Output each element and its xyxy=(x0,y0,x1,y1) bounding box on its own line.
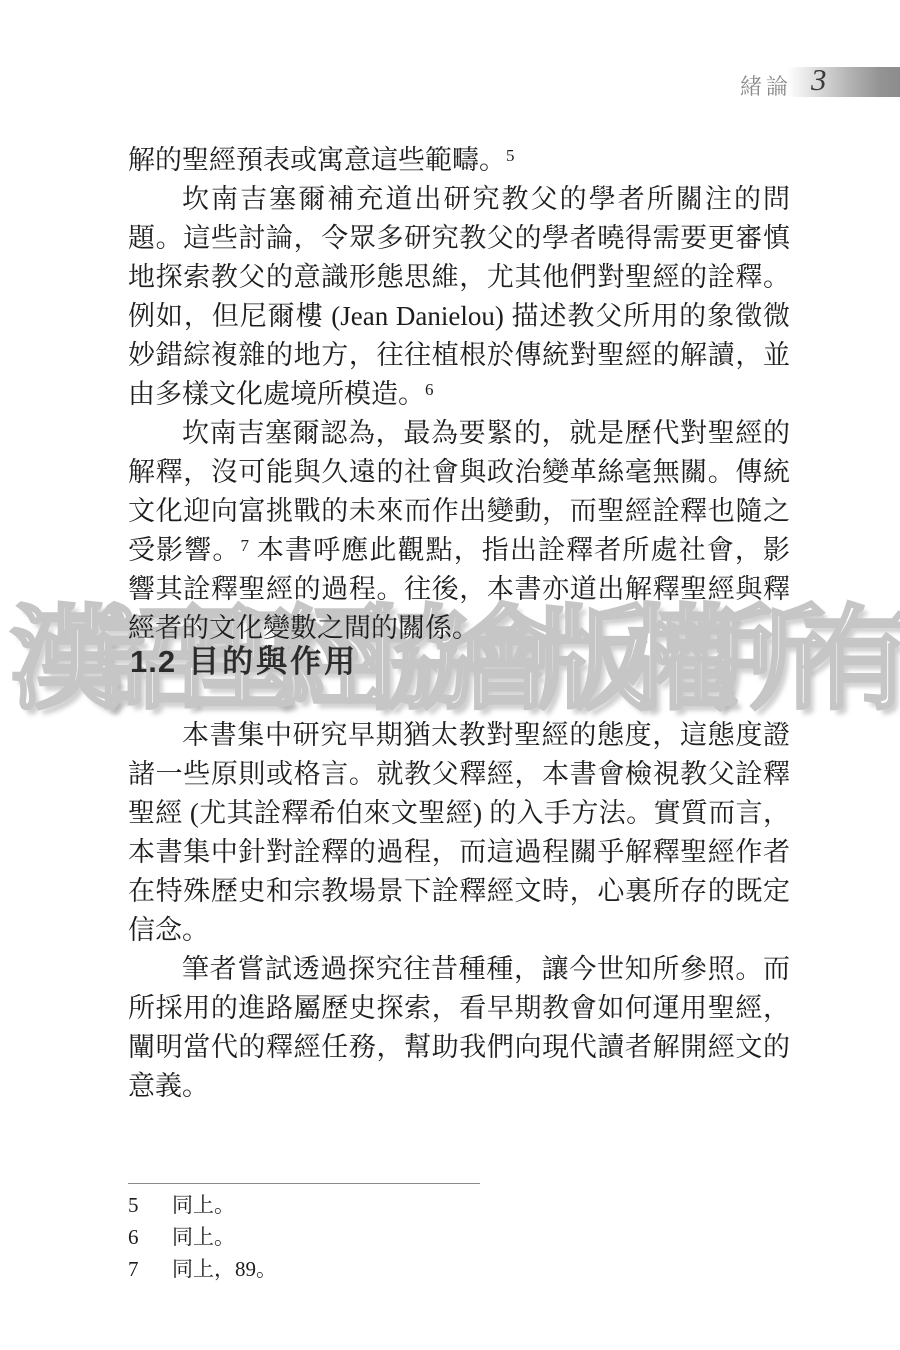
book-page: 緒論 3 漢語聖經協會版權所有 解的聖經預表或寓意這些範疇。5坎南吉塞爾補充道出… xyxy=(0,0,900,1350)
footnote-number: 6 xyxy=(128,1221,172,1253)
section-heading-number: 1.2 xyxy=(130,644,176,679)
paragraph: 筆者嘗試透過探究往昔種種，讓今世知所參照。而所採用的進路屬歷史探索，看早期教會如… xyxy=(128,950,790,1106)
footnote-text: 同上，89。 xyxy=(172,1253,728,1285)
footnote-number: 7 xyxy=(128,1253,172,1285)
footnote-row: 6同上。 xyxy=(128,1221,728,1253)
header-gradient-bar: 3 xyxy=(787,67,900,97)
section-heading: 1.2目的與作用 xyxy=(130,636,358,681)
section-heading-title: 目的與作用 xyxy=(188,644,358,679)
running-header-section: 緒論 xyxy=(740,70,792,101)
paragraph: 坎南吉塞爾補充道出研究教父的學者所關注的問題。這些討論，令眾多研究教父的學者曉得… xyxy=(128,180,790,414)
paragraph: 坎南吉塞爾認為，最為要緊的，就是歷代對聖經的解釋，沒可能與久遠的社會與政治變革絲… xyxy=(128,414,790,648)
footnote-reference: 7 xyxy=(240,536,249,555)
footnote-text: 同上。 xyxy=(172,1221,728,1253)
footnote-row: 7同上，89。 xyxy=(128,1253,728,1285)
footnote-reference: 6 xyxy=(425,380,434,399)
footnote-number: 5 xyxy=(128,1189,172,1221)
footnote-reference: 5 xyxy=(506,146,515,165)
footnote-separator-line xyxy=(128,1183,480,1184)
footnote-text: 同上。 xyxy=(172,1189,728,1221)
paragraph: 本書集中研究早期猶太教對聖經的態度，這態度證諸一些原則或格言。就教父釋經，本書會… xyxy=(128,716,790,950)
body-text-upper: 解的聖經預表或寓意這些範疇。5坎南吉塞爾補充道出研究教父的學者所關注的問題。這些… xyxy=(128,141,790,648)
paragraph: 解的聖經預表或寓意這些範疇。5 xyxy=(128,141,790,180)
footnotes: 5同上。6同上。7同上，89。 xyxy=(128,1189,728,1285)
body-text-lower: 本書集中研究早期猶太教對聖經的態度，這態度證諸一些原則或格言。就教父釋經，本書會… xyxy=(128,716,790,1106)
page-number: 3 xyxy=(811,64,827,96)
footnote-row: 5同上。 xyxy=(128,1189,728,1221)
